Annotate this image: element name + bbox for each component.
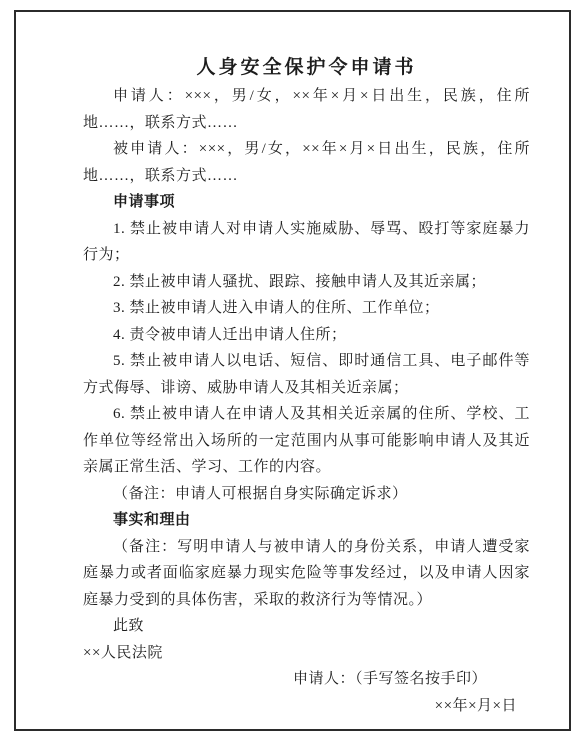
claims-note: （备注：申请人可根据自身实际确定诉求） xyxy=(83,481,530,508)
claim-item: 1. 禁止被申请人对申请人实施威胁、辱骂、殴打等家庭暴力行为； xyxy=(83,216,530,269)
claim-item: 4. 责令被申请人迁出申请人住所； xyxy=(83,322,530,349)
signature-line: 申请人：（手写签名按手印） xyxy=(83,666,530,693)
court-name: ××人民法院 xyxy=(83,640,530,667)
respondent-paragraph: 被申请人：×××，男/女，××年×月×日出生，民族，住所地……，联系方式…… xyxy=(83,136,530,189)
claim-item: 3. 禁止被申请人进入申请人的住所、工作单位； xyxy=(83,295,530,322)
document-title: 人身安全保护令申请书 xyxy=(83,54,530,81)
claim-item: 2. 禁止被申请人骚扰、跟踪、接触申请人及其近亲属； xyxy=(83,269,530,296)
salutation: 此致 xyxy=(83,613,530,640)
claims-section-heading: 申请事项 xyxy=(83,189,530,216)
facts-section-heading: 事实和理由 xyxy=(83,507,530,534)
document-content: 人身安全保护令申请书 申请人：×××，男/女，××年×月×日出生，民族，住所地…… xyxy=(16,12,569,719)
facts-note: （备注：写明申请人与被申请人的身份关系，申请人遭受家庭暴力或者面临家庭暴力现实危… xyxy=(83,534,530,614)
claim-item: 5. 禁止被申请人以电话、短信、即时通信工具、电子邮件等方式侮辱、诽谤、威胁申请… xyxy=(83,348,530,401)
date-line: ××年×月×日 xyxy=(83,693,530,720)
applicant-paragraph: 申请人：×××，男/女，××年×月×日出生，民族，住所地……，联系方式…… xyxy=(83,83,530,136)
claim-item: 6. 禁止被申请人在申请人及其相关近亲属的住所、学校、工作单位等经常出入场所的一… xyxy=(83,401,530,481)
document-page: 人身安全保护令申请书 申请人：×××，男/女，××年×月×日出生，民族，住所地…… xyxy=(14,10,571,731)
